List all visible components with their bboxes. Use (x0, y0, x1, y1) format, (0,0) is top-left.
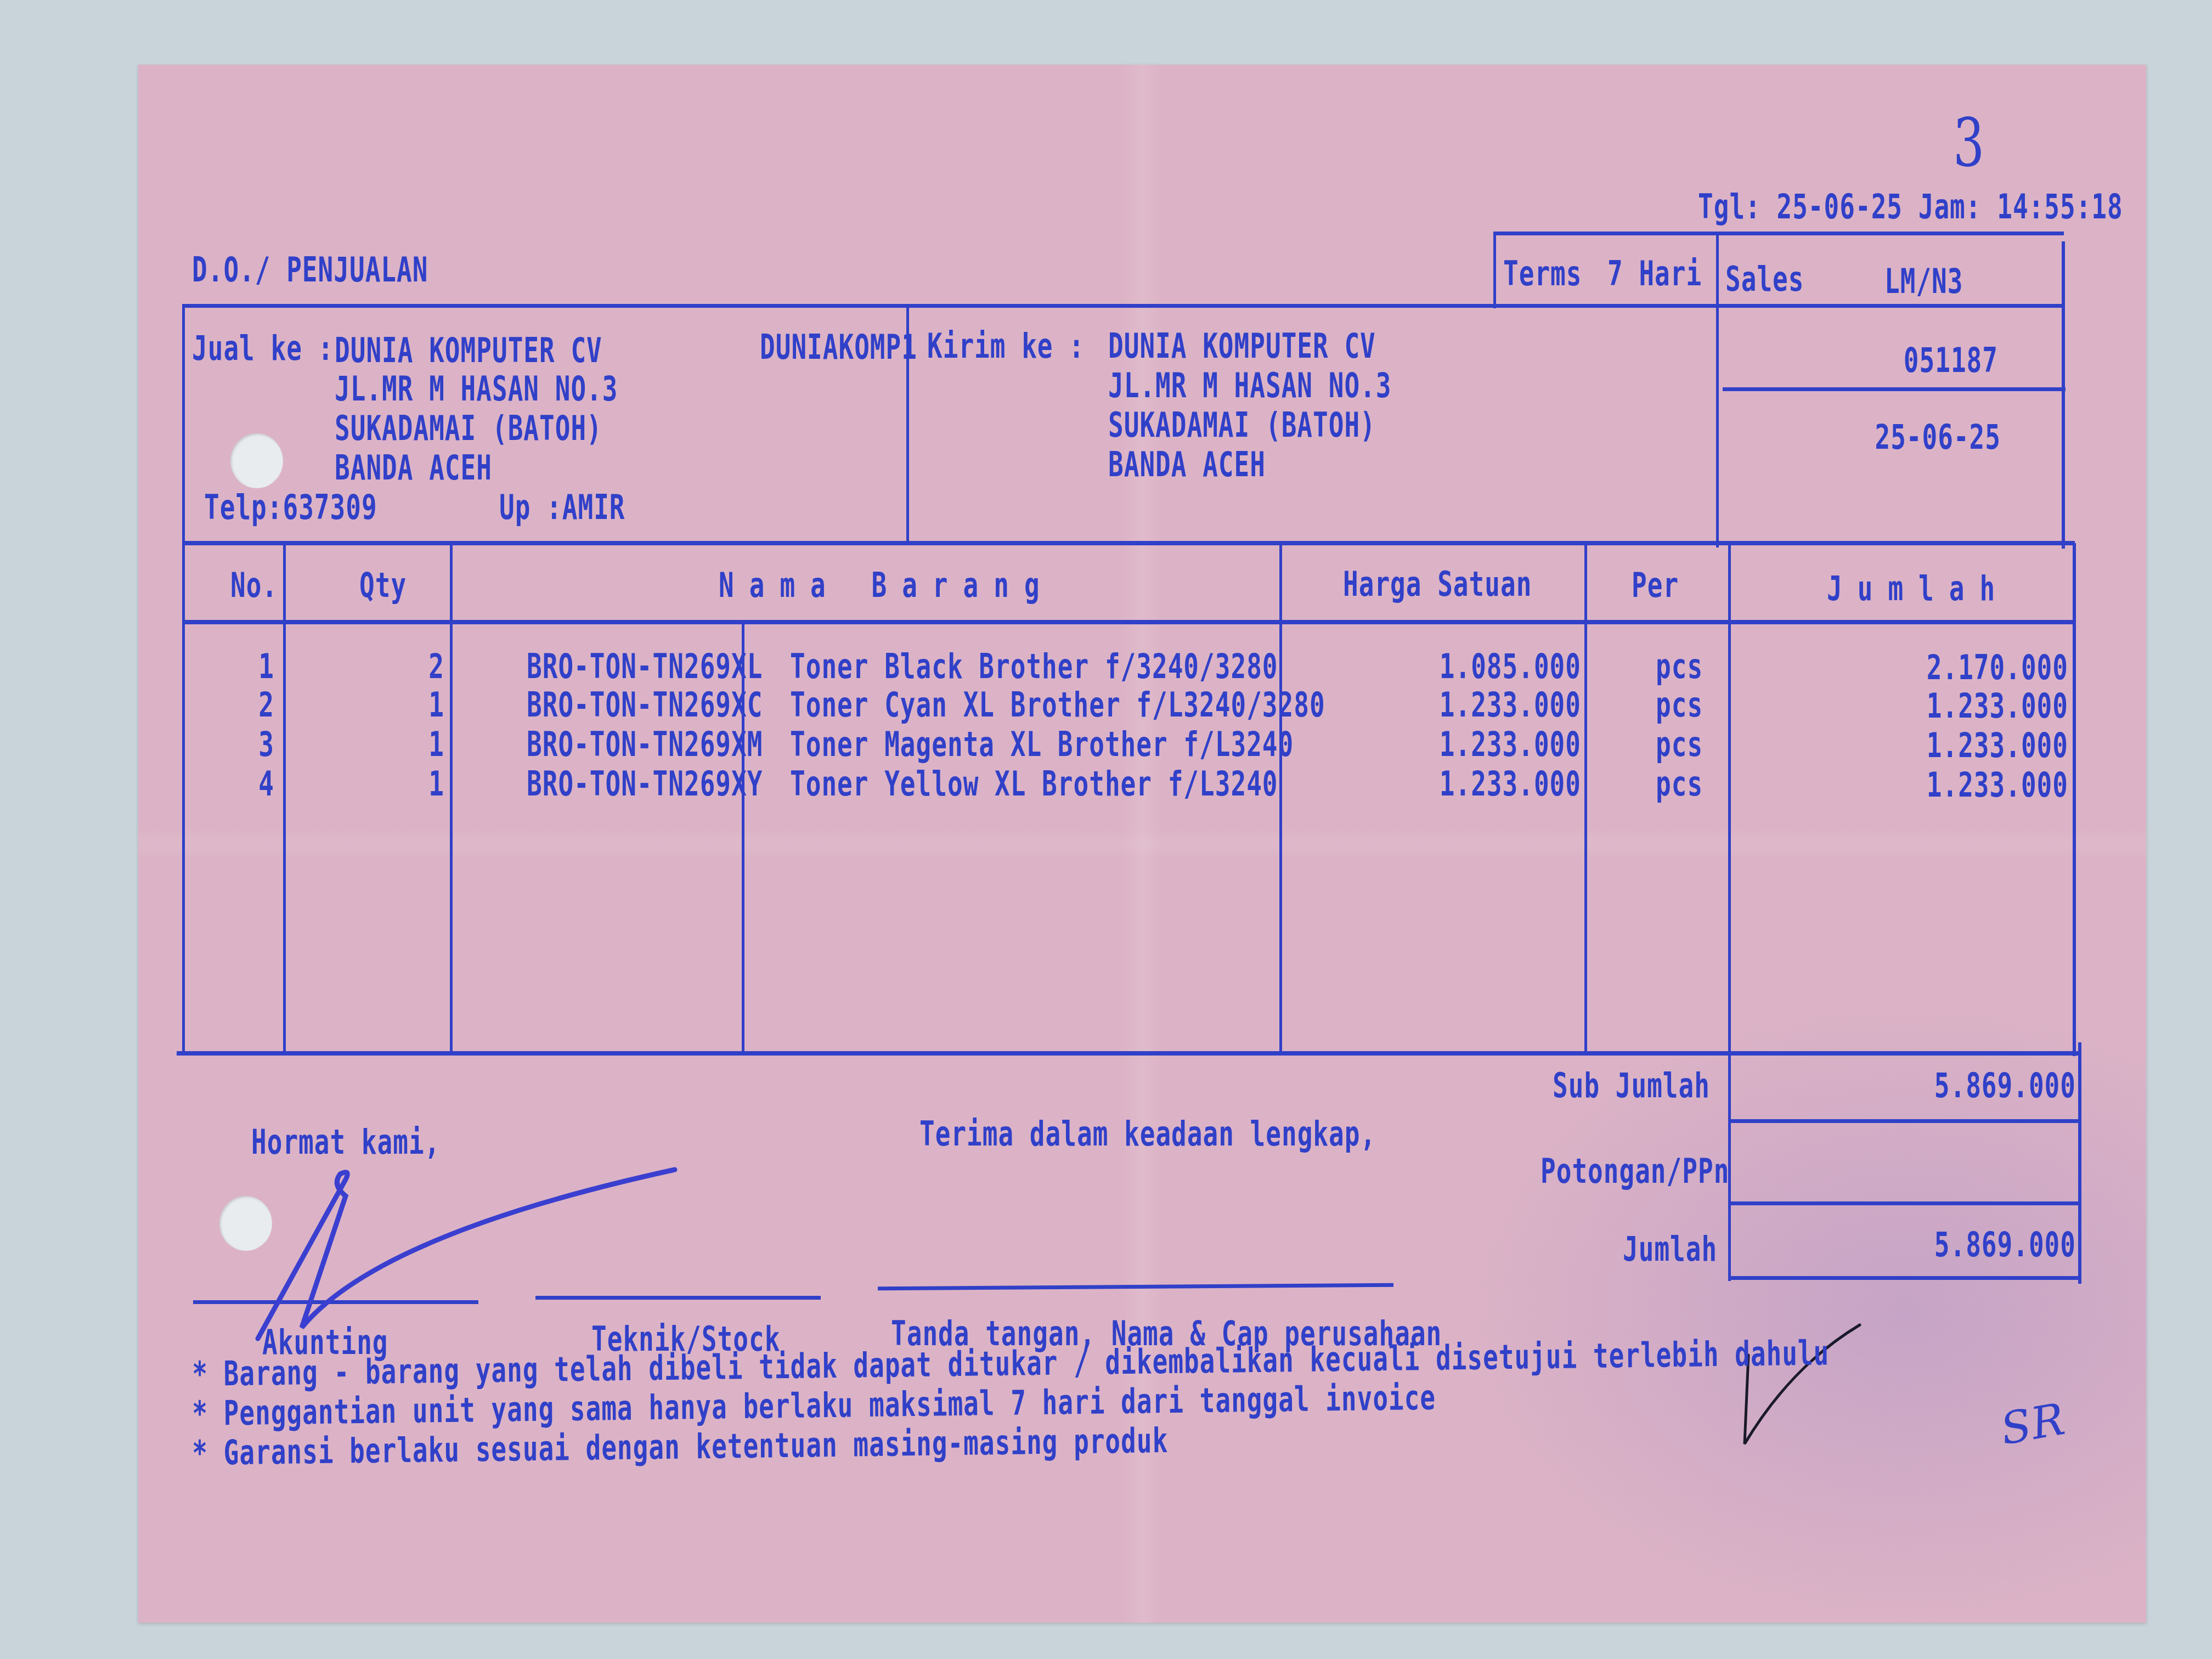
row-per: pcs (1656, 646, 1703, 686)
header-no: No. (230, 565, 278, 605)
terms-box-right (2062, 241, 2065, 549)
signature-scribble-icon (236, 1163, 686, 1344)
row-per: pcs (1656, 764, 1703, 804)
subtotal-label: Sub Jumlah (1553, 1065, 1710, 1105)
row-per: pcs (1656, 685, 1703, 725)
row-no: 4 (258, 764, 274, 804)
row-no: 1 (258, 646, 274, 686)
terms-box-top (1493, 232, 2064, 235)
row-description: Toner Black Brother f/3240/3280 (790, 646, 1278, 686)
punch-hole-top (230, 433, 283, 488)
terms-value: 7 Hari (1607, 253, 1702, 294)
col-divider-qty-item (450, 543, 453, 1053)
terms-sales-divider (1716, 235, 1719, 548)
header-item-name: Nama Barang (719, 565, 1055, 605)
received-text: Terima dalam keadaan lengkap, (919, 1114, 1376, 1154)
sales-label: Sales (1725, 259, 1804, 299)
row-code: BRO-TON-TN269XY (527, 764, 763, 804)
row-unit-price: 1.233.000 (1440, 685, 1581, 725)
col-divider-item-price (1279, 543, 1282, 1053)
row-amount: 1.233.000 (1927, 725, 2068, 765)
row-no: 3 (258, 724, 274, 764)
date-time: Tgl: 25-06-25 Jam: 14:55:18 (1698, 187, 2123, 227)
row-per: pcs (1656, 724, 1703, 764)
ship-to-name: DUNIA KOMPUTER CV (1108, 326, 1376, 366)
handwritten-mark: 3 (1953, 104, 1985, 182)
row-amount: 1.233.000 (1927, 765, 2068, 805)
row-qty: 2 (428, 646, 444, 686)
row-description: Toner Yellow XL Brother f/L3240 (790, 764, 1278, 804)
header-box-left (182, 304, 185, 1056)
row-no: 2 (258, 685, 274, 725)
row-unit-price: 1.085.000 (1440, 646, 1581, 686)
row-description: Toner Cyan XL Brother f/L3240/3280 (790, 685, 1325, 725)
ship-to-label: Kirim ke : (927, 326, 1085, 366)
table-right-border (2073, 543, 2076, 1056)
sold-to-address-3: BANDA ACEH (335, 448, 492, 488)
table-header-bottom (182, 620, 2075, 624)
row-qty: 1 (428, 764, 444, 804)
ship-to-address-3: BANDA ACEH (1108, 444, 1266, 484)
ship-to-address-1: JL.MR M HASAN NO.3 (1108, 365, 1392, 405)
invoice-date: 25-06-25 (1875, 417, 2001, 457)
sold-to-phone: Telp:637309 (204, 487, 377, 527)
discount-label: Potongan/PPn (1541, 1151, 1729, 1191)
row-qty: 1 (428, 724, 444, 764)
subtotal-value: 5.869.000 (1934, 1065, 2076, 1105)
total-value: 5.869.000 (1934, 1224, 2076, 1265)
sold-to-label: Jual ke : (192, 328, 334, 368)
row-description: Toner Magenta XL Brother f/L3240 (790, 724, 1294, 764)
row-code: BRO-TON-TN269XL (527, 646, 763, 686)
invoice-number-divider (1723, 387, 2066, 391)
table-bottom-border (177, 1051, 2080, 1056)
totals-box-bottom (1728, 1276, 2081, 1280)
terms-label: Terms (1503, 253, 1582, 294)
sold-to-attn: Up :AMIR (499, 487, 625, 527)
header-amount: Jumlah (1827, 568, 2010, 608)
row-unit-price: 1.233.000 (1440, 724, 1581, 764)
row-code: BRO-TON-TN269XC (527, 685, 763, 725)
totals-divider-2 (1728, 1201, 2079, 1205)
header-unit-price: Harga Satuan (1343, 564, 1532, 604)
header-qty: Qty (359, 565, 407, 605)
header-box-top (182, 304, 2065, 308)
header-per: Per (1632, 565, 1679, 605)
row-qty: 1 (428, 685, 444, 725)
totals-divider-1 (1728, 1119, 2079, 1123)
col-divider-no-qty (283, 543, 286, 1053)
sold-to-code: DUNIAKOMP1 (760, 327, 917, 367)
regards-text: Hormat kami, (251, 1122, 440, 1162)
terms-box-left (1493, 232, 1496, 308)
row-unit-price: 1.233.000 (1440, 764, 1581, 804)
document-title: D.O./ PENJUALAN (192, 250, 428, 290)
row-amount: 1.233.000 (1927, 686, 2068, 726)
sold-to-address-1: JL.MR M HASAN NO.3 (335, 369, 618, 409)
total-label: Jumlah (1623, 1229, 1717, 1269)
sales-value: LM/N3 (1884, 261, 1963, 301)
table-top-border (182, 541, 2075, 545)
sold-to-name: DUNIA KOMPUTER CV (335, 330, 602, 370)
totals-box-right (2078, 1042, 2081, 1284)
row-code: BRO-TON-TN269XM (527, 724, 763, 764)
invoice-number: 051187 (1904, 340, 1998, 380)
col-divider-price-per (1584, 543, 1587, 1053)
sold-to-address-2: SUKADAMAI (BATOH) (335, 408, 602, 448)
ship-to-address-2: SUKADAMAI (BATOH) (1108, 405, 1376, 445)
row-amount: 2.170.000 (1927, 647, 2068, 687)
